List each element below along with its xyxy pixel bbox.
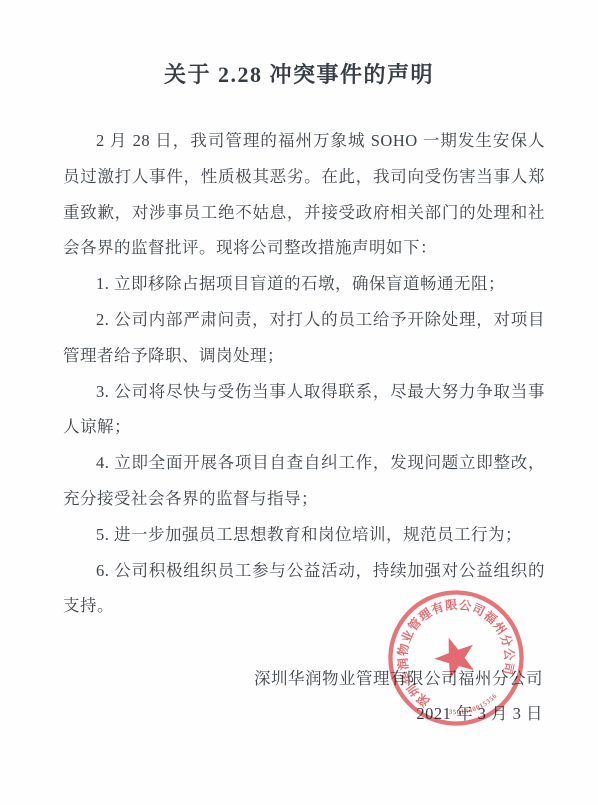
list-item: 2. 公司内部严肃问责，对打人的员工给予开除处理，对项目管理者给予降职、调岗处理… [63, 302, 545, 374]
list-item: 6. 公司积极组织员工参与公益活动，持续加强对公益组织的支持。 [63, 553, 545, 625]
signature-date: 2021 年 3 月 3 日 [0, 697, 543, 732]
document-page: 关于 2.28 冲突事件的声明 2 月 28 日，我司管理的福州万象城 SOHO… [0, 0, 598, 805]
intro-paragraph: 2 月 28 日，我司管理的福州万象城 SOHO 一期发生安保人员过激打人事件，… [63, 123, 545, 266]
statement-body: 2 月 28 日，我司管理的福州万象城 SOHO 一期发生安保人员过激打人事件，… [63, 123, 545, 624]
list-item: 3. 公司将尽快与受伤当事人取得联系，尽最大努力争取当事人谅解； [63, 374, 545, 446]
page-title: 关于 2.28 冲突事件的声明 [0, 0, 598, 89]
signature-company: 深圳华润物业管理有限公司福州分公司 [0, 662, 543, 697]
signature-block: 深圳华润物业管理有限公司福州分公司 2021 年 3 月 3 日 [0, 662, 543, 731]
list-item: 1. 立即移除占据项目盲道的石墩，确保盲道畅通无阻； [63, 266, 545, 302]
list-item: 5. 进一步加强员工思想教育和岗位培训，规范员工行为； [63, 517, 545, 553]
list-item: 4. 立即全面开展各项目自查自纠工作，发现问题立即整改，充分接受社会各界的监督与… [63, 445, 545, 517]
